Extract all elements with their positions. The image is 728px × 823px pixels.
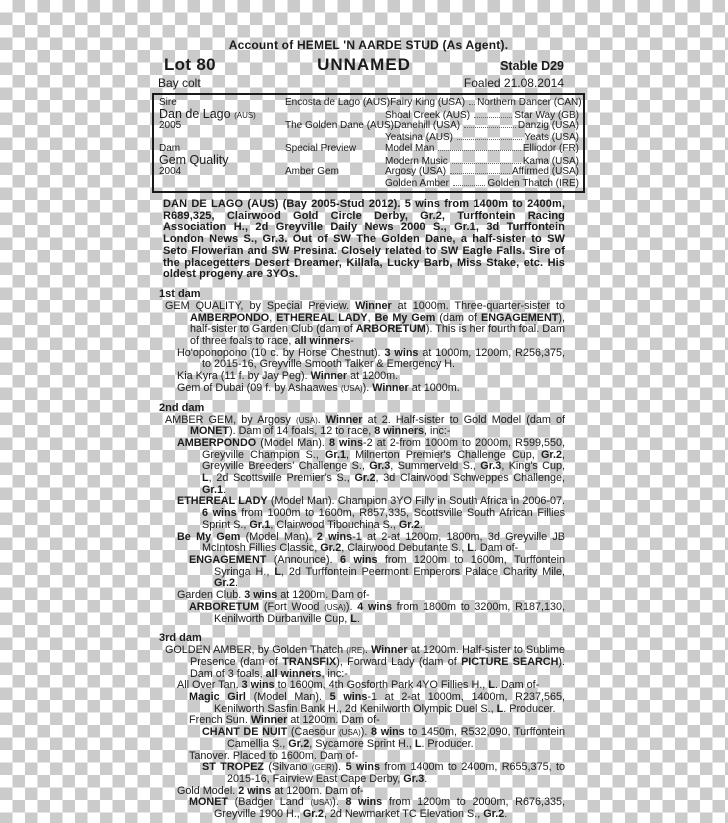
pedigree-cell-generation3: Model ManElliodor (FR): [385, 143, 579, 154]
pedigree-cell-generation3: Fairy King (USA)Northern Dancer (CAN): [390, 97, 579, 108]
pedigree-cell-generation4: Elliodor (FR): [523, 143, 579, 154]
pedigree-paragraph: Ho'oponopono (10 c. by Horse Chestnut). …: [152, 348, 585, 371]
pedigree-paragraph: AMBERPONDO (Model Man). 8 wins-2 at 2-fr…: [152, 438, 585, 497]
pedigree-ancestor-name: Yeatsina (AUS): [385, 132, 455, 143]
dam-sections: 1st damGEM QUALITY, by Special Preview. …: [152, 288, 585, 821]
lot-number: Lot 80: [164, 55, 317, 75]
section-heading: 1st dam: [159, 288, 585, 300]
pedigree-row: Golden AmberGolden Thatch (IRE): [159, 178, 579, 189]
dotted-leader: [469, 104, 475, 105]
pedigree-cell-generation3: Golden AmberGolden Thatch (IRE): [385, 178, 579, 189]
sex-colour: Bay colt: [158, 76, 201, 90]
pedigree-cell-generation3: Argosy (USA)Affirmed (USA): [385, 166, 579, 177]
dotted-leader: [464, 127, 516, 128]
horse-name: UNNAMED: [317, 55, 411, 75]
pedigree-paragraph: Gem of Dubai (09 f. by Ashaawes (USA)). …: [152, 383, 585, 395]
pedigree-cell-generation2: Special Preview: [285, 143, 385, 154]
pedigree-paragraph: Be My Gem (Model Man). 2 wins-1 at 2-at …: [152, 532, 585, 555]
pedigree-cell-generation1: Gem Quality: [159, 155, 285, 166]
foaled-date: Foaled 21.08.2014: [464, 76, 564, 90]
pedigree-ancestor-name: Fairy King (USA): [390, 97, 467, 108]
pedigree-paragraph: ST TROPEZ (Silvano (GER)). 5 wins from 1…: [152, 762, 585, 785]
pedigree-row: 2004Amber GemArgosy (USA)Affirmed (USA): [159, 166, 579, 177]
pedigree-paragraph: GEM QUALITY, by Special Preview. Winner …: [152, 301, 585, 348]
transparency-background: { "colors": { "checker": "#cbcbcb", "tex…: [0, 0, 728, 823]
pedigree-paragraph: GOLDEN AMBER, by Golden Thatch (IRE). Wi…: [152, 645, 585, 680]
pedigree-paragraph: AMBER GEM, by Argosy (USA). Winner at 2.…: [152, 415, 585, 438]
pedigree-paragraph: ENGAGEMENT (Announce). 6 wins from 1200m…: [152, 555, 585, 590]
lot-row: Lot 80 UNNAMED Stable D29: [152, 55, 585, 75]
pedigree-paragraph: ETHEREAL LADY (Model Man). Champion 3YO …: [152, 496, 585, 531]
pedigree-cell-generation2: Amber Gem: [285, 166, 385, 177]
account-line: Account of HEMEL 'N AARDE STUD (As Agent…: [152, 38, 585, 52]
dotted-leader: [450, 173, 510, 174]
pedigree-table: SireEncosta de Lago (AUS)Fairy King (USA…: [152, 93, 585, 193]
catalogue-document: Account of HEMEL 'N AARDE STUD (As Agent…: [152, 36, 585, 821]
pedigree-cell-generation3: Yeatsina (AUS)Yeats (USA): [385, 132, 579, 143]
pedigree-paragraph: CHANT DE NUIT (Caesour (USA)). 8 wins to…: [152, 727, 585, 750]
sire-summary-paragraph: DAN DE LAGO (AUS) (Bay 2005-Stud 2012). …: [152, 199, 585, 281]
pedigree-cell-generation2: The Golden Dane (AUS): [285, 120, 394, 131]
pedigree-row: Yeatsina (AUS)Yeats (USA): [159, 132, 579, 143]
pedigree-cell-generation4: Northern Dancer (CAN): [477, 97, 581, 108]
pedigree-row: Dan de Lago (AUS)Shoal Creek (AUS)Star W…: [159, 109, 579, 120]
pedigree-paragraph: ARBORETUM (Fort Wood (USA)). 4 wins from…: [152, 602, 585, 625]
pedigree-row: 2005The Golden Dane (AUS)Danehill (USA)D…: [159, 120, 579, 131]
section-heading: 3rd dam: [159, 632, 585, 644]
pedigree-ancestor-name: Model Man: [385, 143, 436, 154]
pedigree-ancestor-name: Argosy (USA): [385, 166, 448, 177]
pedigree-paragraph: Magic Girl (Model Man). 5 wins-1 at 2-at…: [152, 692, 585, 715]
pedigree-cell-generation4: Yeats (USA): [524, 132, 579, 143]
pedigree-cell-generation1: 2004: [159, 166, 285, 177]
pedigree-ancestor-name: Golden Amber: [385, 178, 451, 189]
pedigree-cell-generation1: 2005: [159, 120, 285, 131]
pedigree-ancestor-name: Danehill (USA): [394, 120, 462, 131]
pedigree-cell-generation4: Golden Thatch (IRE): [487, 178, 579, 189]
dotted-leader: [438, 150, 520, 151]
pedigree-cell-generation4: Affirmed (USA): [512, 166, 579, 177]
dotted-leader: [474, 117, 512, 118]
pedigree-cell-generation4: Danzig (USA): [518, 120, 579, 131]
dotted-leader: [452, 163, 521, 164]
section-heading: 2nd dam: [159, 402, 585, 414]
colt-info-row: Bay colt Foaled 21.08.2014: [152, 76, 585, 90]
dotted-leader: [457, 139, 522, 140]
dotted-leader: [453, 185, 486, 186]
pedigree-row: Gem QualityModern MusicKama (USA): [159, 155, 579, 166]
stable-number: Stable D29: [411, 59, 564, 73]
pedigree-cell-generation3: Danehill (USA)Danzig (USA): [394, 120, 579, 131]
pedigree-cell-generation2: Encosta de Lago (AUS): [285, 97, 390, 108]
pedigree-paragraph: MONET (Badger Land (USA)). 8 wins from 1…: [152, 797, 585, 820]
